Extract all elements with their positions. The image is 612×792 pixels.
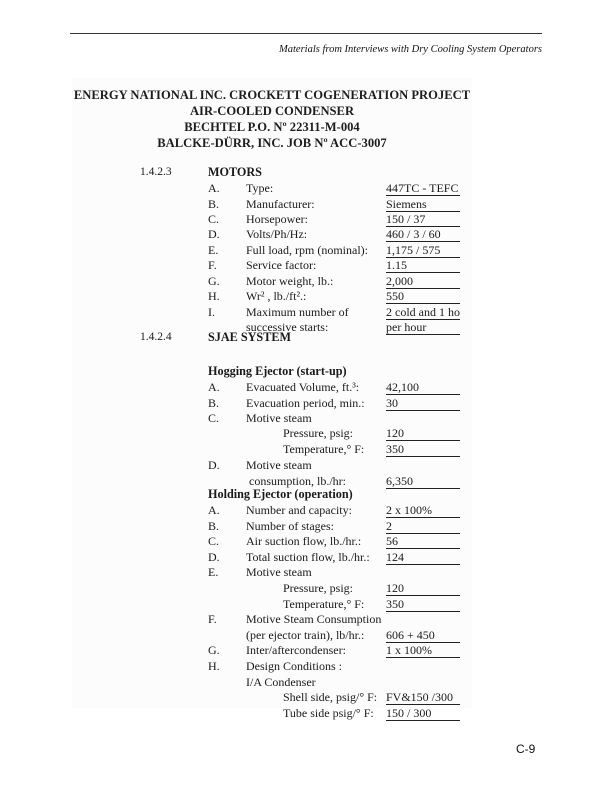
- item-label: Manufacturer:: [246, 197, 315, 211]
- item-value: 1,175 / 575: [386, 243, 460, 258]
- item-letter: E.: [208, 565, 218, 579]
- item-value: 150 / 300: [386, 706, 460, 721]
- item-value: Siemens: [386, 197, 460, 212]
- item-value: 460 / 3 / 60: [386, 227, 460, 242]
- holding-ejector-title: Holding Ejector (operation): [208, 487, 353, 502]
- item-label: Inter/aftercondenser:: [246, 643, 346, 657]
- section-title-motors: MOTORS: [208, 165, 262, 180]
- item-label: Number and capacity:: [246, 503, 352, 517]
- item-label: Temperature,° F:: [283, 442, 364, 456]
- running-header: Materials from Interviews with Dry Cooli…: [279, 44, 542, 55]
- item-letter: H.: [208, 289, 220, 303]
- section-title-sjae: SJAE SYSTEM: [208, 330, 291, 345]
- item-letter: B.: [208, 197, 219, 211]
- title-line: BECHTEL P.O. Nº 22311-M-004: [72, 119, 472, 135]
- item-value: 350: [386, 597, 460, 612]
- item-letter: C.: [208, 212, 219, 226]
- item-value: 2 x 100%: [386, 503, 460, 518]
- item-value: 30: [386, 396, 460, 411]
- item-label: Wr² , lb./ft².:: [246, 289, 306, 303]
- document-title: ENERGY NATIONAL INC. CROCKETT COGENERATI…: [72, 87, 472, 151]
- item-value: 150 / 37: [386, 212, 460, 227]
- item-value: 447TC - TEFC: [386, 181, 460, 196]
- section-number-sjae: 1.4.2.4: [140, 331, 172, 343]
- item-value: 120: [386, 426, 460, 441]
- item-value: 1.15: [386, 258, 460, 273]
- item-letter: A.: [208, 181, 220, 195]
- item-label: Motive steam: [246, 565, 312, 579]
- item-letter: G.: [208, 643, 220, 657]
- title-line: ENERGY NATIONAL INC. CROCKETT COGENERATI…: [72, 87, 472, 103]
- section-number-motors: 1.4.2.3: [140, 166, 172, 178]
- item-value: per hour: [386, 320, 460, 335]
- item-letter: A.: [208, 503, 220, 517]
- item-value: 42,100: [386, 380, 460, 395]
- item-label: Service factor:: [246, 258, 316, 272]
- item-label: (per ejector train), lb/hr.:: [246, 628, 364, 642]
- item-letter: D.: [208, 550, 220, 564]
- item-letter: D.: [208, 227, 220, 241]
- item-label: Maximum number of: [246, 305, 349, 319]
- item-label: Number of stages:: [246, 519, 334, 533]
- item-label: Total suction flow, lb./hr.:: [246, 550, 370, 564]
- item-letter: F.: [208, 612, 217, 626]
- item-label: Motor weight, lb.:: [246, 274, 333, 288]
- item-label: Volts/Ph/Hz:: [246, 227, 307, 241]
- item-letter: G.: [208, 274, 220, 288]
- page-number: C-9: [516, 742, 535, 756]
- item-value: 1 x 100%: [386, 643, 460, 658]
- title-line: AIR-COOLED CONDENSER: [72, 103, 472, 119]
- item-label: Air suction flow, lb./hr.:: [246, 534, 361, 548]
- item-value: 6,350: [386, 474, 460, 489]
- item-value: 2: [386, 519, 460, 534]
- item-label: Tube side psig/° F:: [283, 706, 374, 720]
- item-label: Pressure, psig:: [283, 581, 353, 595]
- item-letter: H.: [208, 659, 220, 673]
- item-label: Evacuated Volume, ft.³:: [246, 380, 359, 394]
- item-label: I/A Condenser: [246, 675, 316, 689]
- item-letter: C.: [208, 534, 219, 548]
- item-letter: E.: [208, 243, 218, 257]
- item-label: Pressure, psig:: [283, 426, 353, 440]
- item-value: 56: [386, 534, 460, 549]
- header-rule: [70, 33, 542, 34]
- item-value: 124: [386, 550, 460, 565]
- item-label: Motive steam: [246, 458, 312, 472]
- title-line: BALCKE-DÜRR, INC. JOB Nº ACC-3007: [72, 135, 472, 151]
- item-label: Motive Steam Consumption: [246, 612, 381, 626]
- item-value: 2 cold and 1 hot: [386, 305, 460, 320]
- item-letter: B.: [208, 519, 219, 533]
- item-letter: A.: [208, 380, 220, 394]
- item-letter: F.: [208, 258, 217, 272]
- item-label: Temperature,° F:: [283, 597, 364, 611]
- item-label: consumption, lb./hr:: [249, 474, 346, 488]
- item-value: FV&150 /300: [386, 690, 460, 705]
- item-value: 606 + 450: [386, 628, 460, 643]
- item-label: Design Conditions :: [246, 659, 342, 673]
- item-letter: I.: [208, 305, 215, 319]
- item-label: Full load, rpm (nominal):: [246, 243, 368, 257]
- item-value: 120: [386, 581, 460, 596]
- item-label: Motive steam: [246, 411, 312, 425]
- item-value: 350: [386, 442, 460, 457]
- item-value: 550: [386, 289, 460, 304]
- item-label: Type:: [246, 181, 273, 195]
- item-label: Shell side, psig/° F:: [283, 690, 377, 704]
- hogging-ejector-title: Hogging Ejector (start-up): [208, 364, 347, 379]
- item-label: Evacuation period, min.:: [246, 396, 365, 410]
- item-label: Horsepower:: [246, 212, 308, 226]
- item-value: 2,000: [386, 274, 460, 289]
- item-letter: B.: [208, 396, 219, 410]
- item-letter: C.: [208, 411, 219, 425]
- item-letter: D.: [208, 458, 220, 472]
